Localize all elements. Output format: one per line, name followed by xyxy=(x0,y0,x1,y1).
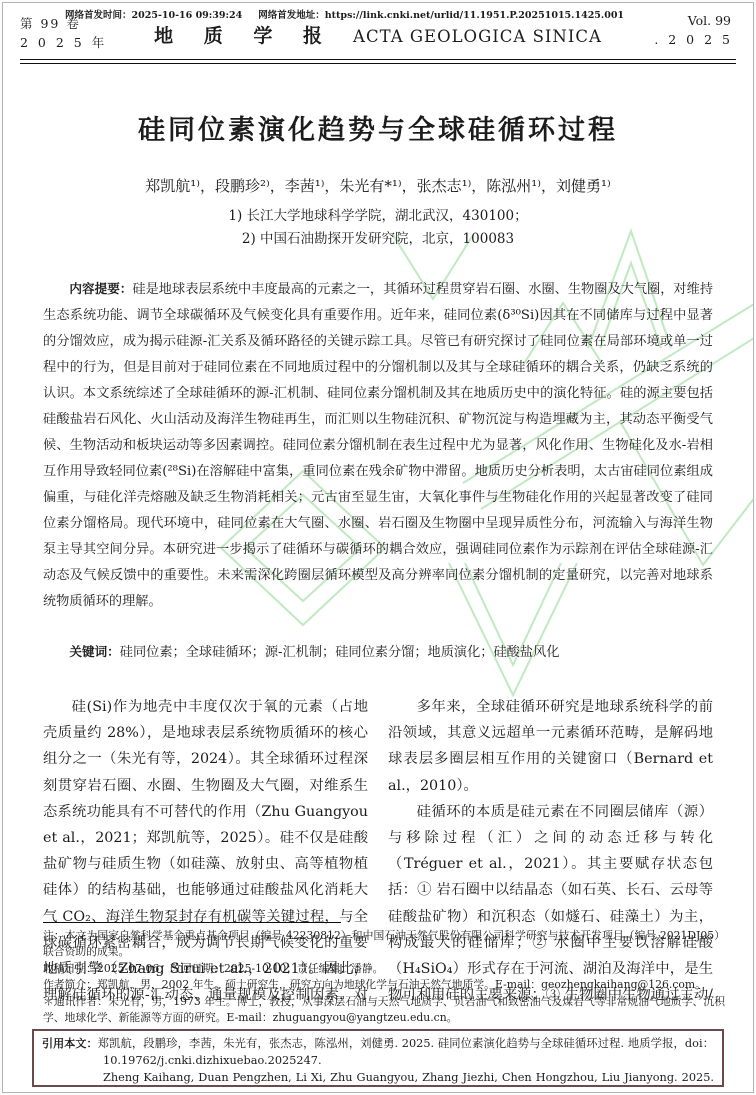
abstract-text: 硅是地球表层系统中丰度最高的元素之一，其循环过程贯穿岩石圈、水圈、生物圈及大气圈… xyxy=(43,282,713,609)
keywords-text: 硅同位素；全球硅循环；源-汇机制；硅同位素分馏；地质演化；硅酸盐风化 xyxy=(120,645,560,660)
article-title: 硅同位素演化趋势与全球硅循环过程 xyxy=(3,108,753,147)
footnote-author-bio: 作者简介：郑凯航，男，2002 年生。硕士研究生，研究方向为地球化学与石油天然气… xyxy=(43,977,725,993)
journal-title-cn: 地 质 学 报 xyxy=(154,25,334,47)
online-first-url: 网络首发地址：https://link.cnki.net/urlid/11.19… xyxy=(258,10,624,21)
authors-line: 郑凯航¹⁾，段鹏珍²⁾，李茜¹⁾，朱光有*¹⁾，张杰志¹⁾，陈泓州¹⁾，刘健勇¹… xyxy=(3,175,753,196)
citation-label: 引用本文： xyxy=(42,1037,98,1050)
journal-header: 网络首发时间：2025-10-16 09:39:24网络首发地址：https:/… xyxy=(3,3,753,59)
citation-en: Zheng Kaihang, Duan Pengzhen, Li Xi, Zhu… xyxy=(42,1069,714,1087)
keywords-label: 关键词： xyxy=(69,644,119,659)
abstract-label: 内容提要： xyxy=(69,281,132,296)
affiliations: 1) 长江大学地球科学学院，湖北武汉，430100； 2) 中国石油勘探开发研究… xyxy=(3,205,753,251)
header-double-rule xyxy=(20,59,736,64)
year-en: . 2 0 2 5 xyxy=(654,32,733,47)
affiliation-2: 2) 中国石油勘探开发研究院，北京，100083 xyxy=(3,228,753,251)
journal-title: 地 质 学 报 ACTA GEOLOGICA SINICA xyxy=(3,21,753,48)
volume-en: Vol. 99 xyxy=(688,13,731,28)
paper-page: 网络首发时间：2025-10-16 09:39:24网络首发地址：https:/… xyxy=(2,2,754,1093)
footnote-dates: 收稿日期：2025-07-06；改回日期：2025-10-10；责任编辑：潘静。 xyxy=(43,961,725,977)
abstract: 内容提要：硅是地球表层系统中丰度最高的元素之一，其循环过程贯穿岩石圈、水圈、生物… xyxy=(43,276,713,615)
footnote-funding: 注：本文为国家自然科学基金重点基金项目（编号 42230812）和中国石油天然气… xyxy=(43,928,725,961)
footnote-rule xyxy=(43,922,341,923)
online-first-line: 网络首发时间：2025-10-16 09:39:24网络首发地址：https:/… xyxy=(65,7,640,21)
body-paragraph: 多年来，全球硅循环研究是地球系统科学的前沿领域，其意义远超单一元素循环范畴，是解… xyxy=(388,694,713,799)
citation-cn: 引用本文：郑凯航，段鹏珍，李茜，朱光有，张杰志，陈泓州，刘健勇. 2025. 硅… xyxy=(42,1035,714,1069)
footnotes: 注：本文为国家自然科学基金重点基金项目（编号 42230812）和中国石油天然气… xyxy=(43,928,725,1026)
online-first-time: 网络首发时间：2025-10-16 09:39:24 xyxy=(65,10,242,21)
journal-title-en: ACTA GEOLOGICA SINICA xyxy=(353,27,602,46)
citation-box: 引用本文：郑凯航，段鹏珍，李茜，朱光有，张杰志，陈泓州，刘健勇. 2025. 硅… xyxy=(32,1029,724,1087)
affiliation-1: 1) 长江大学地球科学学院，湖北武汉，430100； xyxy=(3,205,753,228)
keywords-line: 关键词：硅同位素；全球硅循环；源-汇机制；硅同位素分馏；地质演化；硅酸盐风化 xyxy=(43,641,713,660)
footnote-corresponding-author: ＊通讯作者：朱光有，男，1973 年生。博士，教授，从事深层石油与天然气地质学、… xyxy=(43,994,725,1027)
citation-cn-text: 郑凯航，段鹏珍，李茜，朱光有，张杰志，陈泓州，刘健勇. 2025. 硅同位素演化… xyxy=(98,1037,714,1067)
